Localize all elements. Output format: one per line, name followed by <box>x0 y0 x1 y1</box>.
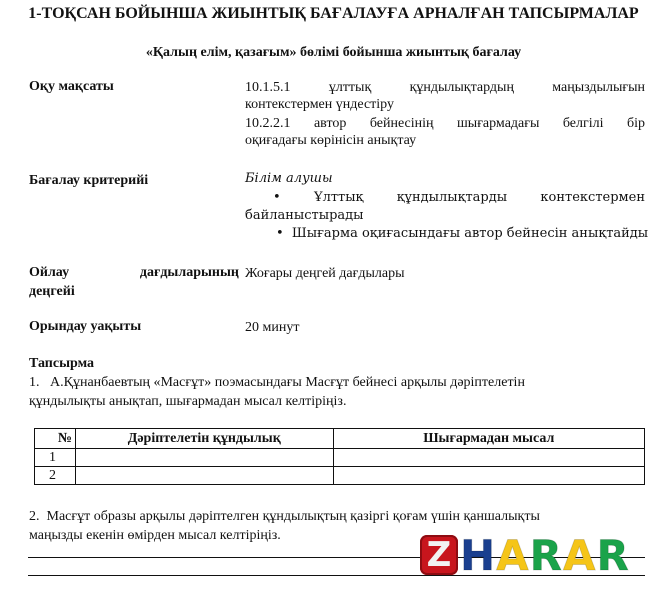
question1-line2: құндылықты анықтап, шығармадан мысал кел… <box>29 392 629 411</box>
answer-table: № Дәріптелетін құндылық Шығармадан мысал… <box>34 428 645 485</box>
logo-z-tile: Z <box>420 535 458 575</box>
task-heading: Тапсырма <box>29 356 94 372</box>
row-number: 2 <box>35 467 76 485</box>
column-header-value: Дәріптелетін құндылық <box>75 429 333 449</box>
logo-letter-a: A <box>496 531 529 580</box>
logo-letter-r: R <box>530 531 562 580</box>
goal2-line1: 10.2.2.1 автор бейнесінің шығармадағы бе… <box>245 115 645 132</box>
example-cell[interactable] <box>333 467 644 485</box>
table-row: 2 <box>35 467 645 485</box>
thinking-level-value: Жоғары деңгей дағдылары <box>245 265 645 282</box>
table-header-row: № Дәріптелетін құндылық Шығармадан мысал <box>35 429 645 449</box>
criteria-item1-line2: байланыстырады <box>245 207 645 225</box>
table-row: 1 <box>35 449 645 467</box>
learning-goals-label: Оқу мақсаты <box>29 79 114 95</box>
goal2-line2: оқиғадағы көрінісін анықтау <box>245 132 645 149</box>
logo-letter-h: H <box>460 531 495 580</box>
criteria-item2: • Шығарма оқиғасындағы автор бейнесін ан… <box>276 225 648 243</box>
zharar-logo: Z H A R A R <box>420 533 630 577</box>
logo-letter-z: Z <box>427 535 452 575</box>
thinking-level-label-line1: Ойлау дағдыларының <box>29 265 239 281</box>
value-cell[interactable] <box>75 467 333 485</box>
column-header-example: Шығармадан мысал <box>333 429 644 449</box>
row-number: 1 <box>35 449 76 467</box>
section-subtitle: «Қалың елім, қазағым» бөлімі бойынша жиы… <box>0 45 667 61</box>
logo-letter-r: R <box>597 531 629 580</box>
example-cell[interactable] <box>333 449 644 467</box>
value-cell[interactable] <box>75 449 333 467</box>
column-header-number: № <box>35 429 76 449</box>
logo-letter-a: A <box>563 531 596 580</box>
time-label: Орындау уақыты <box>29 319 141 335</box>
goal1-line2: контекстермен үндестіру <box>245 96 645 113</box>
question2-line1: 2. Масғұт образы арқылы дәріптелген құнд… <box>29 507 629 526</box>
page-title: 1-ТОҚСАН БОЙЫНША ЖИЫНТЫҚ БАҒАЛАУҒА АРНАЛ… <box>0 5 667 23</box>
criteria-intro: Білім алушы <box>245 170 645 188</box>
thinking-level-label-line2: деңгейі <box>29 284 75 300</box>
goal1-line1: 10.1.5.1 ұлттық құндылықтардың маңыздылы… <box>245 79 645 96</box>
time-value: 20 минут <box>245 319 645 336</box>
criteria-label: Бағалау критерийі <box>29 173 148 189</box>
question1-line1: 1. А.Құнанбаевтың «Масғұт» поэмасындағы … <box>29 373 629 392</box>
criteria-item1-line1: • Ұлттық құндылықтарды контекстермен <box>273 189 645 207</box>
